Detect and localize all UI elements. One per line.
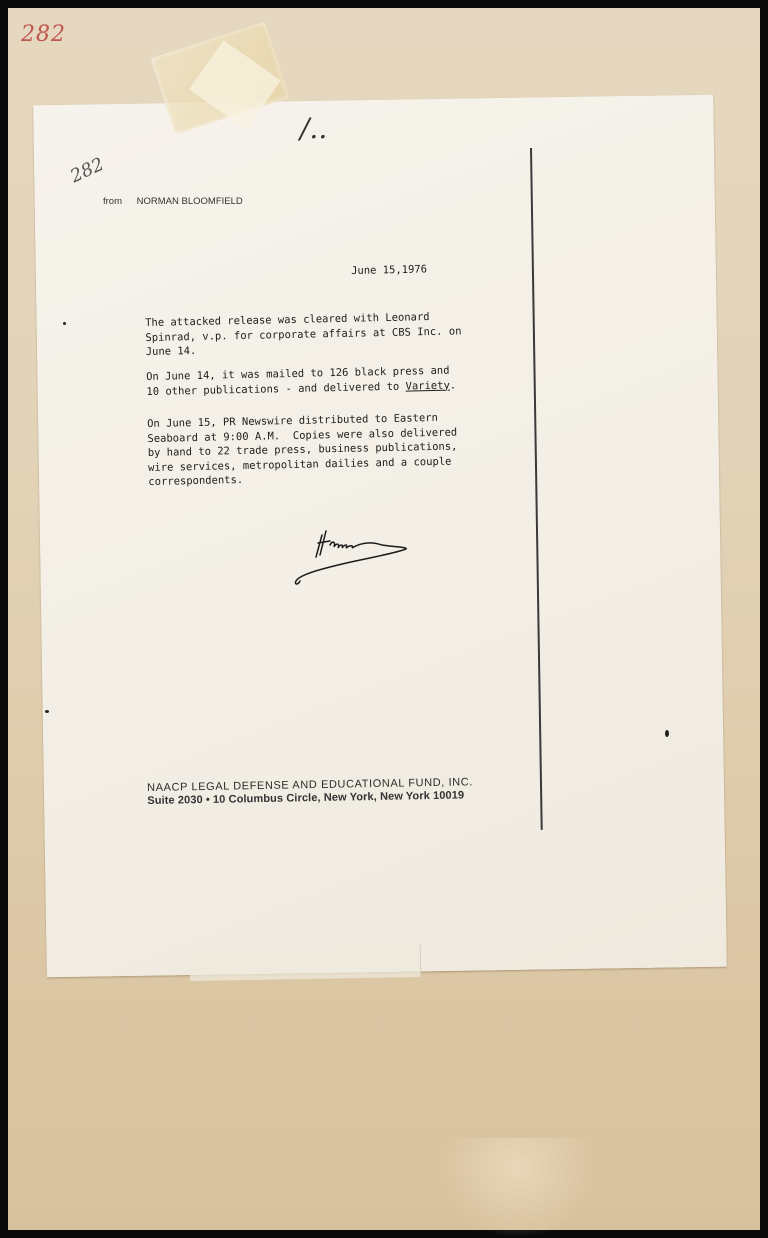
ink-speck — [665, 730, 669, 737]
underlined-publication: Variety — [405, 379, 450, 392]
adhesive-tape-bottom — [190, 943, 422, 981]
paragraph-distribution: On June 15, PR Newswire distributed to E… — [147, 411, 458, 490]
letter-date: June 15,1976 — [351, 262, 427, 278]
sender-name: NORMAN BLOOMFIELD — [137, 196, 243, 207]
from-label: from — [103, 196, 122, 207]
archive-folder-number: 282 — [21, 22, 66, 47]
text-segment: . — [450, 379, 457, 391]
ink-speck — [45, 710, 49, 713]
letterhead-from: from NORMAN BLOOMFIELD — [103, 196, 243, 207]
ink-speck — [63, 322, 66, 325]
water-stain — [438, 1138, 598, 1238]
signature — [290, 515, 420, 590]
paragraph-clearance: The attacked release was cleared with Le… — [145, 309, 462, 359]
handwritten-mark: /.. — [300, 112, 327, 145]
